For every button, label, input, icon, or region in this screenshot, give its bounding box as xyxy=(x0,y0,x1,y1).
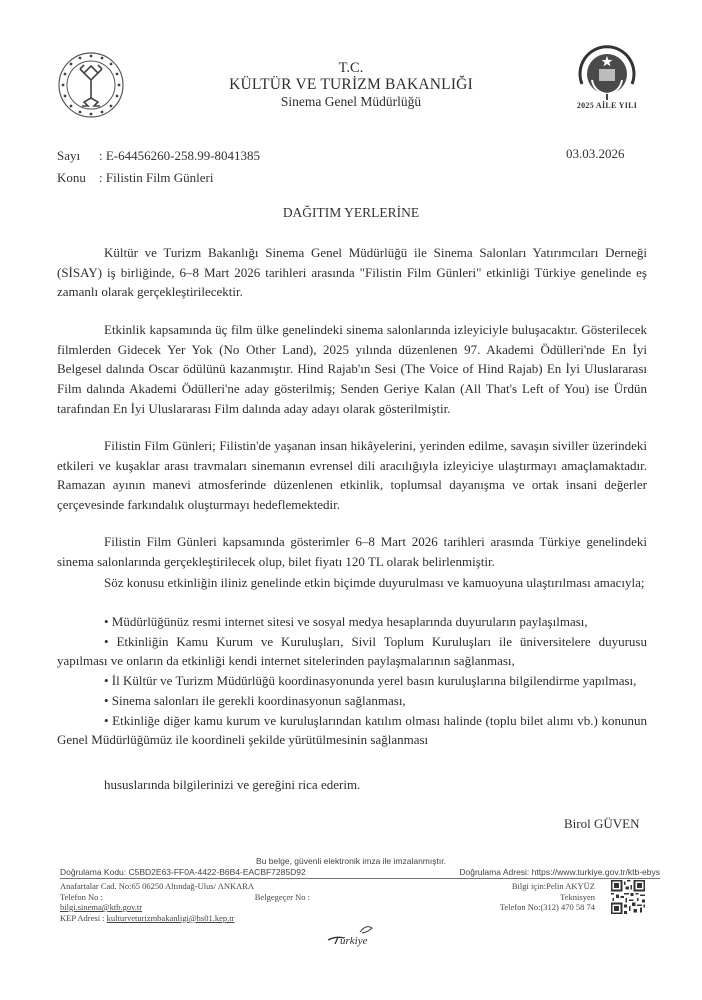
svg-text:ürkiye: ürkiye xyxy=(340,935,368,947)
list-item: • Etkinliğin Kamu Kurum ve Kuruluşları, … xyxy=(57,632,647,671)
contact-phone: Telefon No:(312) 470 58 74 xyxy=(440,902,595,913)
request-list: • Müdürlüğünüz resmi internet sitesi ve … xyxy=(57,612,647,750)
closing-sentence: hususlarında bilgilerinizi ve gereğini r… xyxy=(104,777,360,793)
kep-link[interactable]: kulturveturizmbakanligi@hs01.kep.tr xyxy=(107,913,235,923)
esign-note: Bu belge, güvenli elektronik imza ile im… xyxy=(0,856,702,866)
list-item: • İl Kültür ve Turizm Müdürlüğü koordina… xyxy=(57,671,647,691)
paragraph-text: Kültür ve Turizm Bakanlığı Sinema Genel … xyxy=(57,243,647,302)
body-paragraph: Söz konusu etkinliğin iliniz genelinde e… xyxy=(57,573,647,593)
verification-code: Doğrulama Kodu: C5BD2E63-FF0A-4422-B6B4-… xyxy=(60,867,306,877)
konu-label: Konu xyxy=(57,170,99,186)
verification-row: Doğrulama Kodu: C5BD2E63-FF0A-4422-B6B4-… xyxy=(60,867,660,879)
department-name: Sinema Genel Müdürlüğü xyxy=(0,94,702,110)
phone-label: Telefon No : xyxy=(60,892,103,903)
signer-name: Birol GÜVEN xyxy=(564,816,639,832)
konu-value: : Filistin Film Günleri xyxy=(99,170,214,185)
body-paragraph: Filistin Film Günleri; Filistin'de yaşan… xyxy=(57,436,647,515)
contact-title: Teknisyen xyxy=(440,892,595,903)
fax-label: Belgegeçer No : xyxy=(255,892,310,903)
ministry-name: KÜLTÜR VE TURİZM BAKANLIĞI xyxy=(0,76,702,94)
verification-address[interactable]: Doğrulama Adresi: https://www.turkiye.go… xyxy=(459,867,660,877)
sayi-value: : E-64456260-258.99-8041385 xyxy=(99,148,260,163)
paragraph-text: Filistin Film Günleri; Filistin'de yaşan… xyxy=(57,436,647,515)
document-number-row: Sayı: E-64456260-258.99-8041385 xyxy=(57,148,260,164)
contact-person-block: Bilgi için:Pelin AKYÜZ Teknisyen Telefon… xyxy=(440,881,595,913)
paragraph-text: Söz konusu etkinliğin iliniz genelinde e… xyxy=(57,573,647,593)
postal-address: Anafartalar Cad. No:65 06250 Altındağ-Ul… xyxy=(60,881,340,892)
header-tc: T.C. xyxy=(0,60,702,77)
kep-row: KEP Adresi : kulturveturizmbakanligi@hs0… xyxy=(60,913,340,924)
subject-row: Konu: Filistin Film Günleri xyxy=(57,170,214,186)
paragraph-text: Etkinlik kapsamında üç film ülke genelin… xyxy=(57,320,647,419)
qr-code-icon xyxy=(611,880,645,914)
list-item: • Etkinliğe diğer kamu kurum ve kuruluşl… xyxy=(57,711,647,750)
email-link[interactable]: bilgi.sinema@ktb.gov.tr xyxy=(60,902,340,913)
kep-label: KEP Adresi : xyxy=(60,913,107,923)
sayi-label: Sayı xyxy=(57,148,99,164)
body-paragraph: Kültür ve Turizm Bakanlığı Sinema Genel … xyxy=(57,243,647,302)
addressee: DAĞITIM YERLERİNE xyxy=(0,205,702,221)
list-item: • Sinema salonları ile gerekli koordinas… xyxy=(57,691,647,711)
contact-name: Bilgi için:Pelin AKYÜZ xyxy=(440,881,595,892)
contact-address-block: Anafartalar Cad. No:65 06250 Altındağ-Ul… xyxy=(60,881,340,923)
paragraph-text: Filistin Film Günleri kapsamında gösteri… xyxy=(57,532,647,571)
body-paragraph: Filistin Film Günleri kapsamında gösteri… xyxy=(57,532,647,571)
body-paragraph: Etkinlik kapsamında üç film ülke genelin… xyxy=(57,320,647,419)
document-date: 03.03.2026 xyxy=(566,146,625,162)
phone-fax-row: Telefon No : Belgegeçer No : xyxy=(60,892,310,903)
list-item: • Müdürlüğünüz resmi internet sitesi ve … xyxy=(57,612,647,632)
turkiye-brand-logo-icon: ürkiye xyxy=(320,922,390,948)
